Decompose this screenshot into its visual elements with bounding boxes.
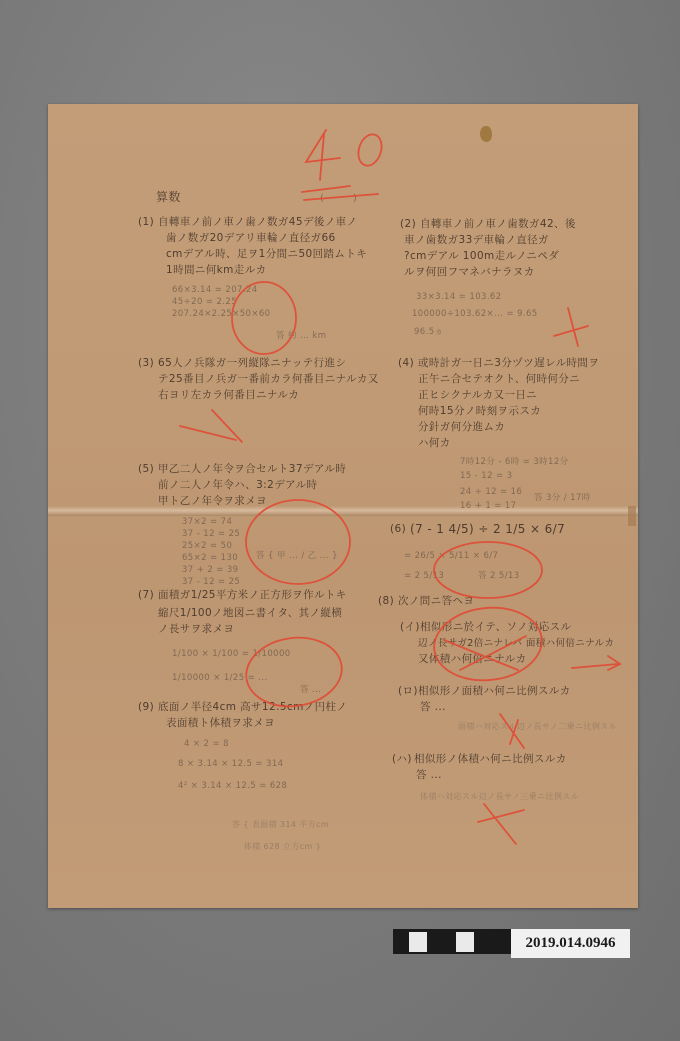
score-zero-icon	[355, 131, 386, 168]
scale-bar-white-segment	[456, 932, 474, 952]
score-underline-icon	[302, 186, 378, 200]
correct-circle-icon	[246, 500, 350, 584]
wrong-cross-icon	[444, 636, 526, 670]
wrong-cross-icon	[500, 714, 524, 748]
correct-circle-icon	[232, 282, 296, 354]
scale-bar-white-segment	[409, 932, 427, 952]
wrong-cross-icon	[180, 410, 242, 442]
wrong-circle-icon	[431, 603, 546, 686]
correct-circle-icon	[434, 542, 542, 598]
arrow-right-icon	[572, 656, 620, 670]
wrong-cross-icon	[478, 804, 524, 844]
wrong-cross-icon	[554, 308, 588, 346]
scale-bar	[393, 929, 511, 954]
red-grading-marks	[48, 104, 638, 908]
correct-circle-icon	[242, 632, 347, 713]
accession-number-label: 2019.014.0946	[511, 929, 630, 958]
exam-paper: 算数 ( ) (1) 自轉車ノ前ノ車ノ歯ノ数ガ45デ後ノ車ノ 歯ノ数ガ20デアリ…	[48, 104, 638, 908]
